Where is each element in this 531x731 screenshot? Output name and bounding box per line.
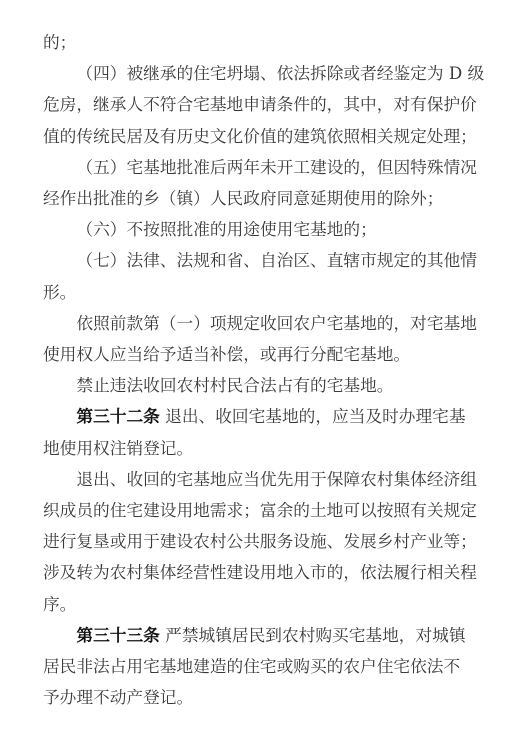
text-line: 危房，继承人不符合宅基地申请条件的，其中，对有保护价 — [43, 89, 461, 120]
line-text: 织成员的住宅建设用地需求；富余的土地可以按照有关规定 — [43, 500, 477, 520]
line-text: 危房，继承人不符合宅基地申请条件的，其中，对有保护价 — [43, 94, 477, 114]
text-line: 第三十三条 严禁城镇居民到农村购买宅基地，对城镇 — [43, 620, 461, 651]
line-text: 退出、收回宅基地的，应当及时办理宅基 — [160, 406, 466, 426]
line-text: （五）宅基地批准后两年未开工建设的，但因特殊情况 — [76, 157, 477, 177]
document-page: 的；（四）被继承的住宅坍塌、依法拆除或者经鉴定为 D 级危房，继承人不符合宅基地… — [43, 27, 461, 713]
text-line: 第三十二条 退出、收回宅基地的，应当及时办理宅基 — [43, 401, 461, 432]
line-text: （四）被继承的住宅坍塌、依法拆除或者经鉴定为 D 级 — [76, 63, 484, 83]
text-line: 退出、收回的宅基地应当优先用于保障农村集体经济组 — [43, 464, 461, 495]
line-text: 予办理不动产登记。 — [43, 687, 193, 707]
line-text: （六）不按照批准的用途使用宅基地的； — [76, 219, 376, 239]
article-paragraph: 第三十三条 严禁城镇居民到农村购买宅基地，对城镇居民非法占用宅基地建造的住宅或购… — [43, 620, 461, 714]
text-line: 居民非法占用宅基地建造的住宅或购买的农户住宅依法不 — [43, 651, 461, 682]
text-line: 予办理不动产登记。 — [43, 682, 461, 713]
line-text: 依照前款第（一）项规定收回农户宅基地的，对宅基地 — [76, 313, 477, 333]
text-line: 涉及转为农村集体经营性建设用地入市的，依法履行相关程 — [43, 557, 461, 588]
paragraph: （七）法律、法规和省、自治区、直辖市规定的其他情形。 — [43, 245, 461, 307]
text-line: 使用权人应当给予适当补偿，或再行分配宅基地。 — [43, 339, 461, 370]
line-text: 使用权人应当给予适当补偿，或再行分配宅基地。 — [43, 344, 410, 364]
text-line: 地使用权注销登记。 — [43, 433, 461, 464]
text-line: （五）宅基地批准后两年未开工建设的，但因特殊情况 — [43, 152, 461, 183]
line-text: 涉及转为农村集体经营性建设用地入市的，依法履行相关程 — [43, 562, 477, 582]
text-line: 序。 — [43, 589, 461, 620]
paragraph: （五）宅基地批准后两年未开工建设的，但因特殊情况经作出批准的乡（镇）人民政府同意… — [43, 152, 461, 214]
text-line: 经作出批准的乡（镇）人民政府同意延期使用的除外； — [43, 183, 461, 214]
article-number: 第三十二条 — [76, 406, 159, 426]
paragraph: 依照前款第（一）项规定收回农户宅基地的，对宅基地使用权人应当给予适当补偿，或再行… — [43, 308, 461, 370]
line-text: 地使用权注销登记。 — [43, 438, 193, 458]
text-line: （六）不按照批准的用途使用宅基地的； — [43, 214, 461, 245]
text-line: 禁止违法收回农村村民合法占有的宅基地。 — [43, 370, 461, 401]
text-line: 值的传统民居及有历史文化价值的建筑依照相关规定处理； — [43, 121, 461, 152]
paragraph: （六）不按照批准的用途使用宅基地的； — [43, 214, 461, 245]
text-line: （七）法律、法规和省、自治区、直辖市规定的其他情 — [43, 245, 461, 276]
text-line: 的； — [43, 27, 461, 58]
article-paragraph: 第三十二条 退出、收回宅基地的，应当及时办理宅基地使用权注销登记。 — [43, 401, 461, 463]
line-text: 经作出批准的乡（镇）人民政府同意延期使用的除外； — [43, 188, 444, 208]
article-number: 第三十三条 — [76, 625, 159, 645]
paragraph: 的； — [43, 27, 461, 58]
text-line: （四）被继承的住宅坍塌、依法拆除或者经鉴定为 D 级 — [43, 58, 461, 89]
paragraph: 退出、收回的宅基地应当优先用于保障农村集体经济组织成员的住宅建设用地需求；富余的… — [43, 464, 461, 620]
line-text: 的； — [43, 32, 76, 52]
text-line: 进行复垦或用于建设农村公共服务设施、发展乡村产业等； — [43, 526, 461, 557]
line-text: 退出、收回的宅基地应当优先用于保障农村集体经济组 — [76, 469, 477, 489]
line-text: 严禁城镇居民到农村购买宅基地，对城镇 — [160, 625, 466, 645]
line-text: 值的传统民居及有历史文化价值的建筑依照相关规定处理； — [43, 126, 477, 146]
line-text: 序。 — [43, 594, 76, 614]
text-line: 织成员的住宅建设用地需求；富余的土地可以按照有关规定 — [43, 495, 461, 526]
text-line: 依照前款第（一）项规定收回农户宅基地的，对宅基地 — [43, 308, 461, 339]
line-text: （七）法律、法规和省、自治区、直辖市规定的其他情 — [76, 250, 477, 270]
paragraph: （四）被继承的住宅坍塌、依法拆除或者经鉴定为 D 级危房，继承人不符合宅基地申请… — [43, 58, 461, 152]
text-line: 形。 — [43, 277, 461, 308]
line-text: 进行复垦或用于建设农村公共服务设施、发展乡村产业等； — [43, 531, 477, 551]
paragraph: 禁止违法收回农村村民合法占有的宅基地。 — [43, 370, 461, 401]
line-text: 居民非法占用宅基地建造的住宅或购买的农户住宅依法不 — [43, 656, 460, 676]
line-text: 禁止违法收回农村村民合法占有的宅基地。 — [76, 375, 393, 395]
line-text: 形。 — [43, 282, 76, 302]
